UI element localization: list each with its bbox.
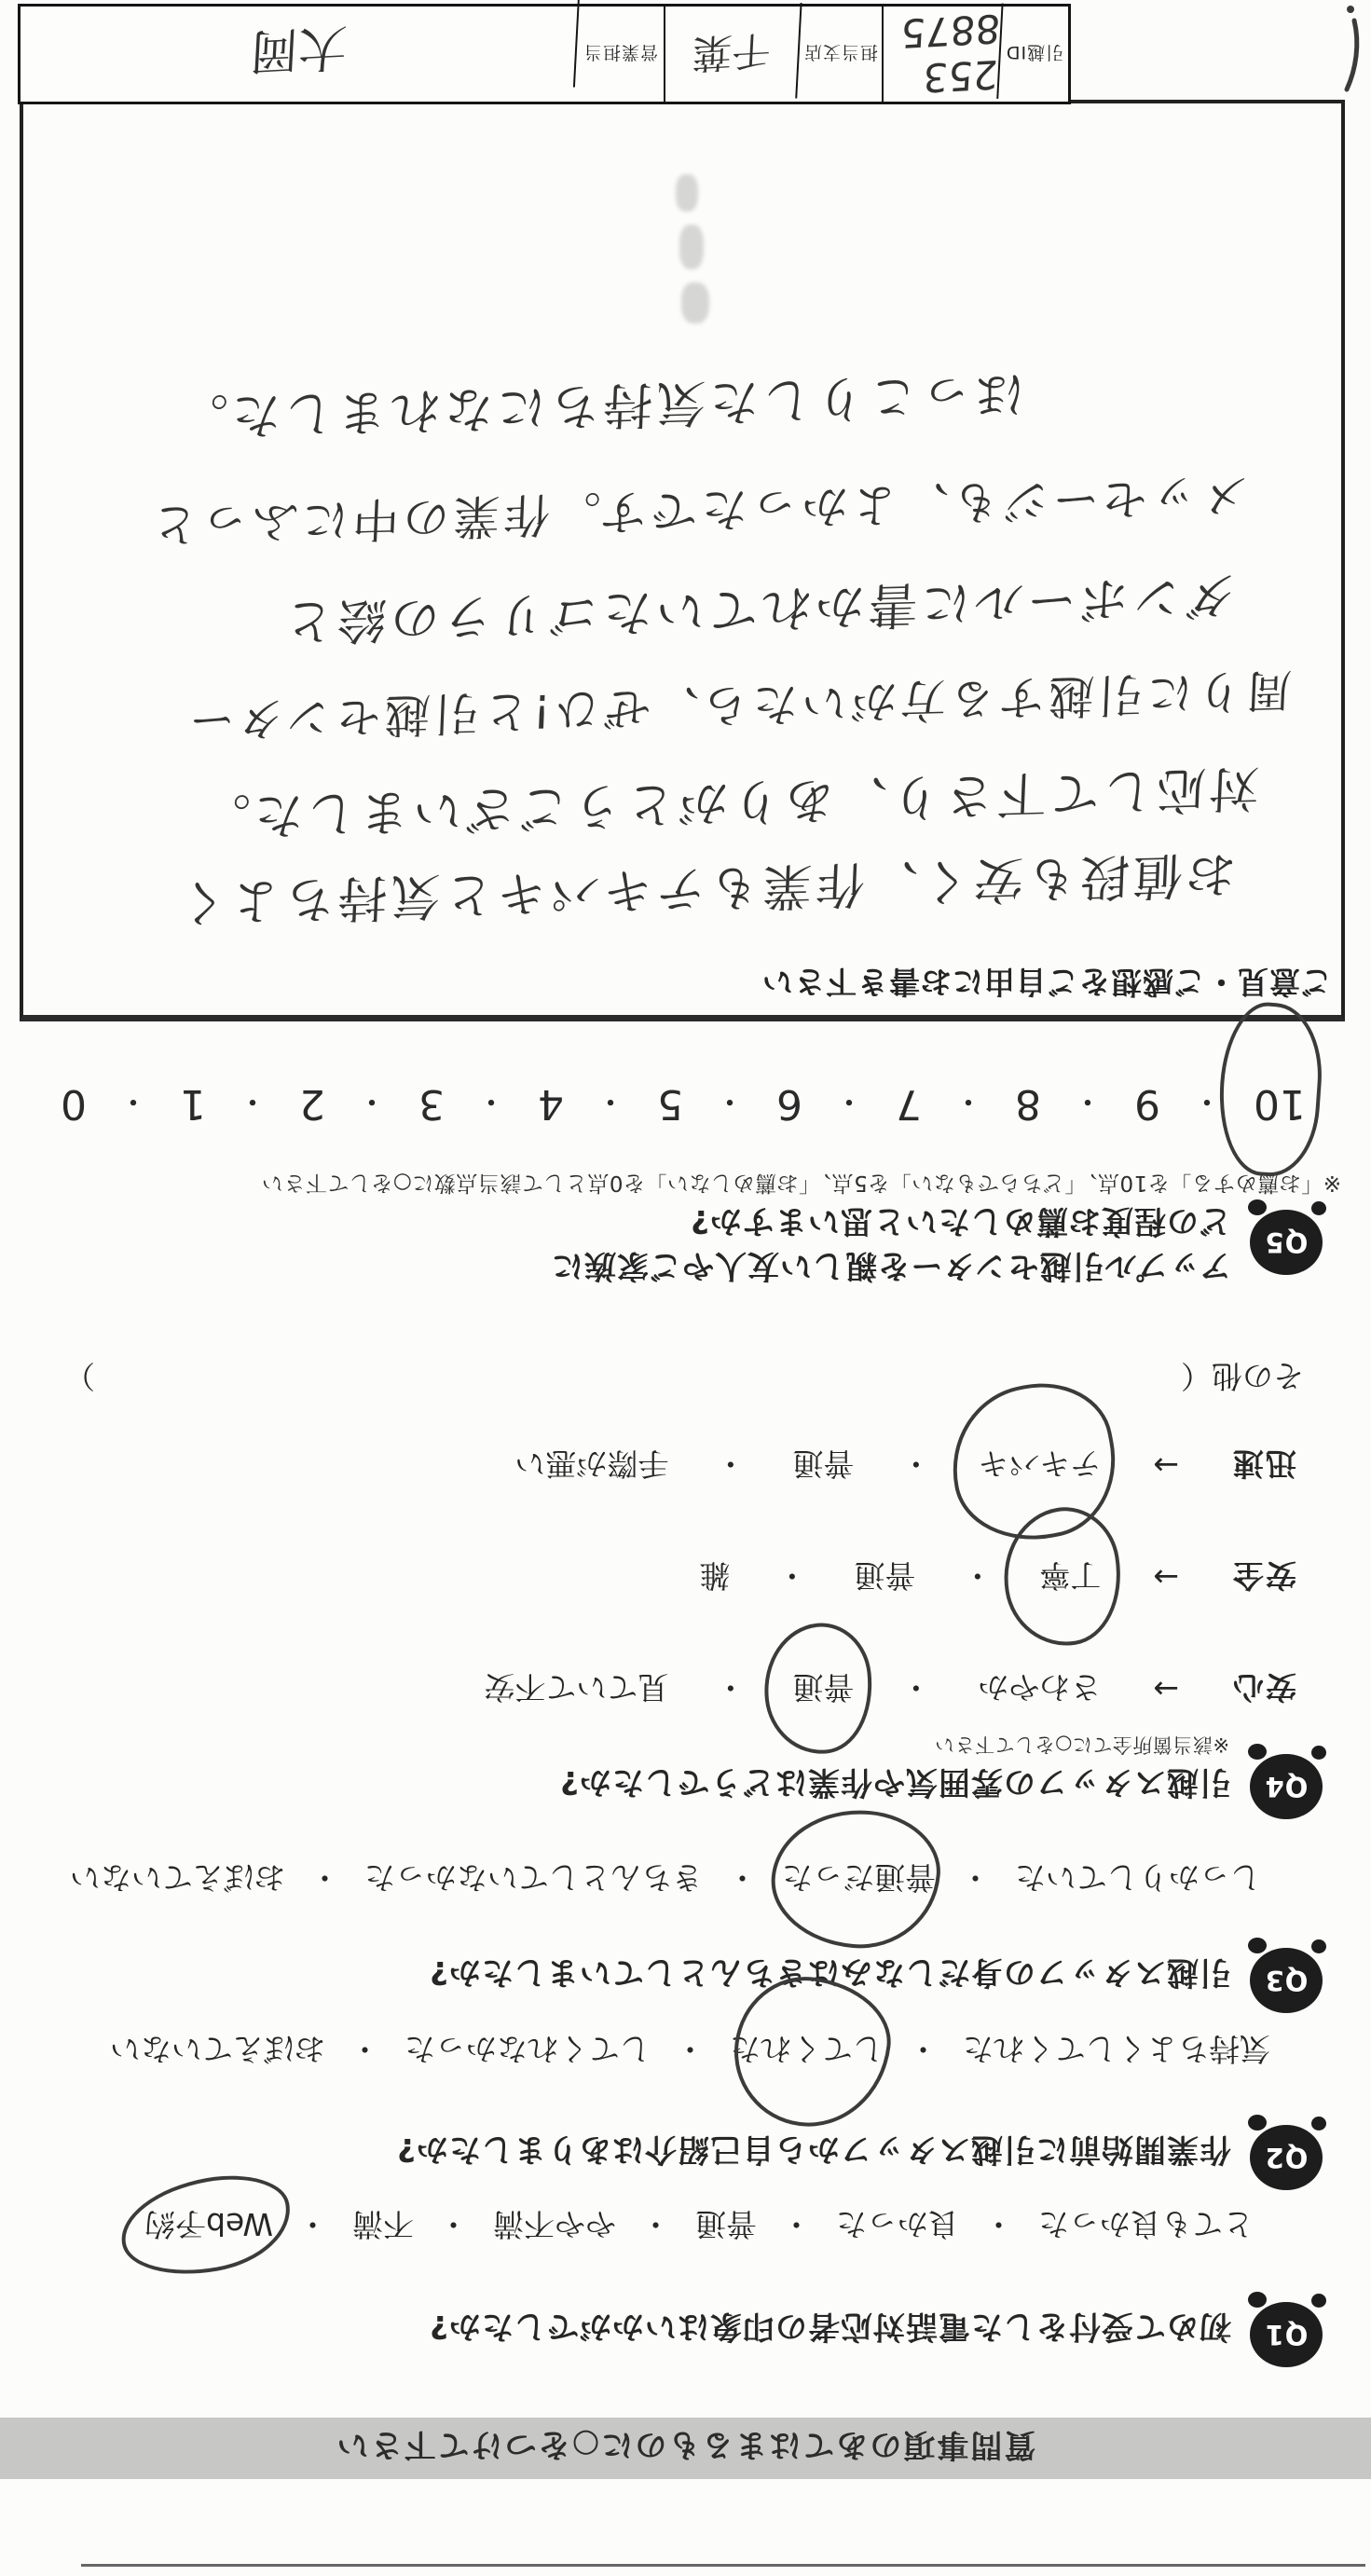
q4-row-jinsoku: 迅速 → テキパキ ・ 普通 ・ 手際が悪い: [514, 1444, 1296, 1487]
q4-row1-option-2-selected: 普通: [792, 1667, 854, 1711]
instruction-bar-label: 質問事項のあてはまるものに○をつけて下さい: [336, 2426, 1036, 2472]
q2-option-4: おぼえていない: [110, 2029, 325, 2073]
q2-option-2-selected: してくれた: [730, 2029, 884, 2073]
q3-options: しっかりしていた ・ 普通だった ・ きちんとしていなかった ・ おぼえていない: [70, 1857, 1261, 1901]
scale-7: 7: [896, 1080, 922, 1128]
arrow-icon: →: [1153, 1559, 1179, 1596]
scale-1: 1: [180, 1080, 206, 1128]
q4-badge-icon: Q4: [1250, 1754, 1323, 1819]
q4-row1-label: 安心: [1231, 1667, 1296, 1711]
q3-option-1: しっかりしていた: [1015, 1857, 1261, 1901]
q5-question-line2: どの程度お薦めしたいと思いますか?: [690, 1201, 1231, 1247]
branch-value: 千葉: [663, 3, 802, 105]
scale-separator: ・: [1072, 1081, 1104, 1127]
handwritten-line-6: ほっこりした気持ちになれました。: [173, 362, 1026, 457]
q4-row2-label: 安全: [1231, 1555, 1296, 1599]
option-separator: ・: [900, 1667, 931, 1711]
q1-option-6-selected: Web予約: [144, 2204, 273, 2248]
agent-label: 営業担当: [578, 7, 665, 102]
scale-8: 8: [1015, 1080, 1041, 1128]
option-separator: ・: [908, 2029, 939, 2073]
q5-question-line1: アップル引越センターを親しい友人やご家族に: [551, 1246, 1231, 1292]
q5-note: ※「お薦めする」を10点、「どちらでもない」を5点、「お薦めしない」を0点として…: [261, 1170, 1341, 1200]
handwritten-line-3: 周りに引越する方がいたら、ぜひ!と引越センター: [184, 660, 1293, 756]
option-separator: ・: [727, 1857, 758, 1901]
q3-option-2-label: 普通だった: [782, 1859, 936, 1896]
q4-row2-option-1-label: 丁寧: [1039, 1557, 1101, 1594]
scale-separator: ・: [714, 1081, 746, 1127]
q1-badge-icon: Q1: [1250, 2302, 1323, 2367]
q4-row1-option-1: さわやか: [978, 1667, 1101, 1711]
q4-row1-option-3: 見ていて不安: [484, 1667, 668, 1711]
branch-label: 担当支店: [800, 7, 884, 102]
q4-row-anshin: 安心 → さわやか ・ 普通 ・ 見ていて不安: [484, 1667, 1296, 1711]
arrow-icon: →: [1153, 1671, 1179, 1707]
footer-info-table: 引越ID 253 8875 担当支店 千葉 営業担当 大岡: [18, 4, 1071, 104]
scanned-survey-screenshot: { "ui": { "dot": "・", "arrow": "→", "ope…: [0, 0, 1371, 2576]
q3-option-3: きちんとしていなかった: [364, 1857, 703, 1901]
q1-option-5: 不満: [352, 2204, 414, 2248]
q4-question-text: 引越スタッフの雰囲気や作業はどうでしたか?: [559, 1762, 1231, 1808]
option-separator: ・: [297, 2204, 328, 2248]
q1-option-1: とても良かった: [1038, 2204, 1254, 2248]
q4-row3-option-3: 手際が悪い: [514, 1444, 668, 1487]
q4-row-anzen: 安全 → 丁寧 ・ 普通 ・ 雑: [699, 1555, 1296, 1599]
option-separator: ・: [781, 2204, 812, 2248]
scale-3: 3: [418, 1080, 445, 1128]
q2-badge-label: Q2: [1265, 2142, 1309, 2173]
handwritten-line-2: 対応して下さり、ありがとうございました。: [196, 756, 1261, 856]
open-paren: （: [1181, 1356, 1212, 1400]
option-separator: ・: [309, 1857, 340, 1901]
q4-row2-option-2: 普通: [854, 1555, 915, 1599]
q3-badge-icon: Q3: [1250, 1948, 1323, 2013]
q4-row3-option-1-selected: テキパキ: [978, 1444, 1101, 1487]
arrow-icon: →: [1153, 1447, 1179, 1484]
scale-separator: ・: [953, 1081, 984, 1127]
scale-9: 9: [1134, 1080, 1160, 1128]
q2-badge-icon: Q2: [1250, 2125, 1323, 2190]
q5-badge-label: Q5: [1265, 1226, 1309, 1258]
option-separator: ・: [715, 1444, 746, 1487]
q1-option-3: 普通: [695, 2204, 757, 2248]
q3-option-4: おぼえていない: [70, 1857, 285, 1901]
q1-question-text: 初めて受付をした電話対応者の印象はいかがでしたか?: [429, 2307, 1231, 2352]
scale-separator: ・: [1191, 1081, 1223, 1127]
move-id-label: 引越ID: [1001, 7, 1068, 102]
q2-options: 気持ちよくしてくれた ・ してくれた ・ してくれなかった ・ おぼえていない: [110, 2029, 1270, 2073]
option-separator: ・: [960, 1857, 991, 1901]
move-id-value: 253 8875: [881, 3, 1003, 104]
scale-separator: ・: [475, 1081, 507, 1127]
q4-row3-label: 迅速: [1231, 1444, 1296, 1487]
q4-badge-label: Q4: [1265, 1771, 1309, 1802]
q2-option-1: 気持ちよくしてくれた: [963, 2029, 1270, 2073]
scale-0: 0: [61, 1080, 87, 1128]
q4-row1-option-2-label: 普通: [792, 1669, 854, 1706]
option-separator: ・: [983, 2204, 1014, 2248]
handwritten-line-5: メッセージも、よかったです。作業の中にふっと: [146, 464, 1250, 562]
option-separator: ・: [675, 2029, 706, 2073]
q4-other-row: その他 （ ）: [64, 1356, 1304, 1400]
option-separator: ・: [350, 2029, 380, 2073]
q4-other-label: その他: [1212, 1356, 1304, 1400]
q4-row3-option-2: 普通: [792, 1444, 854, 1487]
scale-10-label: 10: [1254, 1080, 1306, 1128]
q4-row2-option-1-selected: 丁寧: [1039, 1555, 1101, 1599]
q4-row2-option-3: 雑: [699, 1555, 730, 1599]
scale-2: 2: [299, 1080, 325, 1128]
comment-box-header: ご意見・ご感想をご自由にお書き下さい: [761, 962, 1332, 1006]
option-separator: ・: [715, 1667, 746, 1711]
q2-option-2-label: してくれた: [730, 2031, 884, 2067]
q3-badge-label: Q3: [1265, 1965, 1309, 1996]
q1-option-2: 良かった: [836, 2204, 959, 2248]
option-separator: ・: [962, 1555, 993, 1599]
agent-value: 大岡: [19, 0, 581, 116]
q3-option-2-selected: 普通だった: [782, 1857, 936, 1901]
q2-option-3: してくれなかった: [404, 2029, 651, 2073]
scale-6: 6: [776, 1080, 802, 1128]
top-rule-line: [81, 2564, 1365, 2567]
scale-4: 4: [538, 1080, 564, 1128]
scan-smudge: [681, 282, 709, 323]
q3-question-text: 引越スタッフの身だしなみはきちんとしていましたか?: [429, 1953, 1231, 1998]
scale-separator: ・: [833, 1081, 865, 1127]
q4-row3-option-1-label: テキパキ: [978, 1446, 1101, 1482]
scan-smudge: [676, 174, 698, 212]
scale-separator: ・: [237, 1081, 268, 1127]
scale-separator: ・: [117, 1081, 149, 1127]
scale-separator: ・: [595, 1081, 626, 1127]
q5-badge-icon: Q5: [1250, 1210, 1323, 1275]
option-separator: ・: [776, 1555, 807, 1599]
scanned-survey-sheet: 質問事項のあてはまるものに○をつけて下さい Q1 初めて受付をした電話対応者の印…: [0, 0, 1371, 2576]
q1-badge-label: Q1: [1265, 2319, 1309, 2350]
comment-box: ご意見・ご感想をご自由にお書き下さい お値段も安く、作業もテキパキと気持ちよく …: [20, 100, 1345, 1021]
handwritten-line-4: ダンボールに書かれていたゴリラの絵と: [279, 564, 1237, 662]
scale-10-selected: 10: [1254, 1080, 1306, 1128]
instruction-bar: 質問事項のあてはまるものに○をつけて下さい: [0, 2418, 1371, 2479]
scale-separator: ・: [356, 1081, 388, 1127]
handwritten-line-1: お値段も安く、作業もテキパキと気持ちよく: [173, 842, 1238, 942]
q1-options: とても良かった ・ 良かった ・ 普通 ・ やや不満 ・ 不満 ・ Web予約: [144, 2204, 1254, 2248]
option-separator: ・: [640, 2204, 671, 2248]
scan-smudge: [679, 225, 704, 269]
option-separator: ・: [900, 1444, 931, 1487]
q1-option-4: やや不満: [493, 2204, 616, 2248]
stray-pen-mark: [1341, 2, 1369, 95]
close-paren: ）: [64, 1356, 95, 1400]
scale-5: 5: [657, 1080, 683, 1128]
recommend-scale: 10 ・ 9 ・ 8 ・ 7 ・ 6 ・ 5 ・ 4 ・ 3 ・ 2 ・ 1 ・…: [61, 1080, 1306, 1128]
q2-question-text: 作業開始前に引越スタッフから自己紹介はありましたか?: [396, 2130, 1231, 2175]
q4-note: ※該当箇所全てに○をして下さい: [935, 1732, 1229, 1760]
q1-option-6-label: Web予約: [144, 2206, 273, 2242]
option-separator: ・: [438, 2204, 469, 2248]
